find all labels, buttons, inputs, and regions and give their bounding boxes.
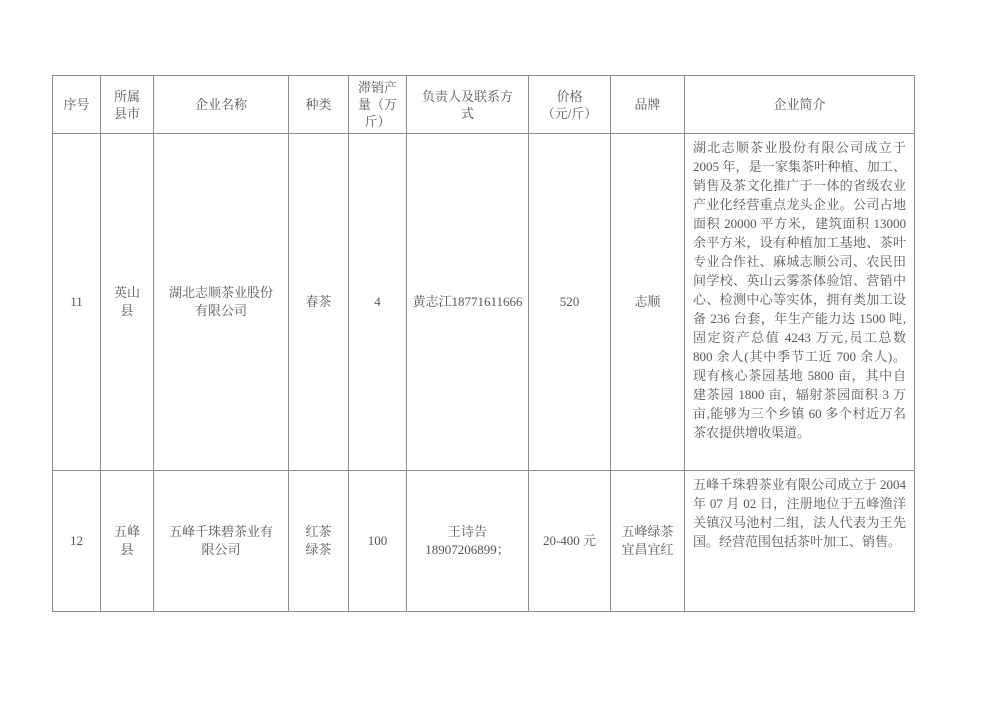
cell-category: 春茶 <box>289 134 349 471</box>
cell-county: 五峰 县 <box>101 471 154 612</box>
cell-price: 20-400 元 <box>529 471 611 612</box>
col-header-contact: 负责人及联系方 式 <box>407 76 529 134</box>
cell-category: 红茶 绿茶 <box>289 471 349 612</box>
tea-companies-table: 序号 所属 县市 企业名称 种类 滞销产 量（万 斤） 负责人及联系方 式 价格… <box>52 75 915 612</box>
document-page: 序号 所属 县市 企业名称 种类 滞销产 量（万 斤） 负责人及联系方 式 价格… <box>0 0 1000 707</box>
table-header-row: 序号 所属 县市 企业名称 种类 滞销产 量（万 斤） 负责人及联系方 式 价格… <box>53 76 915 134</box>
col-header-unsold-volume: 滞销产 量（万 斤） <box>349 76 407 134</box>
cell-index: 11 <box>53 134 101 471</box>
cell-intro: 湖北志顺茶业股份有限公司成立于 2005 年，是一家集茶叶种植、加工、销售及茶文… <box>685 134 915 471</box>
col-header-index: 序号 <box>53 76 101 134</box>
cell-company: 湖北志顺茶业股份 有限公司 <box>154 134 289 471</box>
cell-intro: 五峰千珠碧茶业有限公司成立于 2004 年 07 月 02 日，注册地位于五峰渔… <box>685 471 915 612</box>
cell-county: 英山 县 <box>101 134 154 471</box>
cell-brand: 志顺 <box>611 134 685 471</box>
cell-unsold-volume: 4 <box>349 134 407 471</box>
col-header-price: 价格 （元/斤） <box>529 76 611 134</box>
col-header-brand: 品牌 <box>611 76 685 134</box>
cell-price: 520 <box>529 134 611 471</box>
cell-index: 12 <box>53 471 101 612</box>
cell-brand: 五峰绿茶 宜昌宜红 <box>611 471 685 612</box>
col-header-county: 所属 县市 <box>101 76 154 134</box>
cell-contact: 黄志江18771611666 <box>407 134 529 471</box>
table-row: 12 五峰 县 五峰千珠碧茶业有 限公司 红茶 绿茶 100 王诗告 18907… <box>53 471 915 612</box>
col-header-company: 企业名称 <box>154 76 289 134</box>
cell-contact: 王诗告 18907206899； <box>407 471 529 612</box>
col-header-category: 种类 <box>289 76 349 134</box>
table-row: 11 英山 县 湖北志顺茶业股份 有限公司 春茶 4 黄志江1877161166… <box>53 134 915 471</box>
col-header-intro: 企业简介 <box>685 76 915 134</box>
cell-company: 五峰千珠碧茶业有 限公司 <box>154 471 289 612</box>
cell-unsold-volume: 100 <box>349 471 407 612</box>
